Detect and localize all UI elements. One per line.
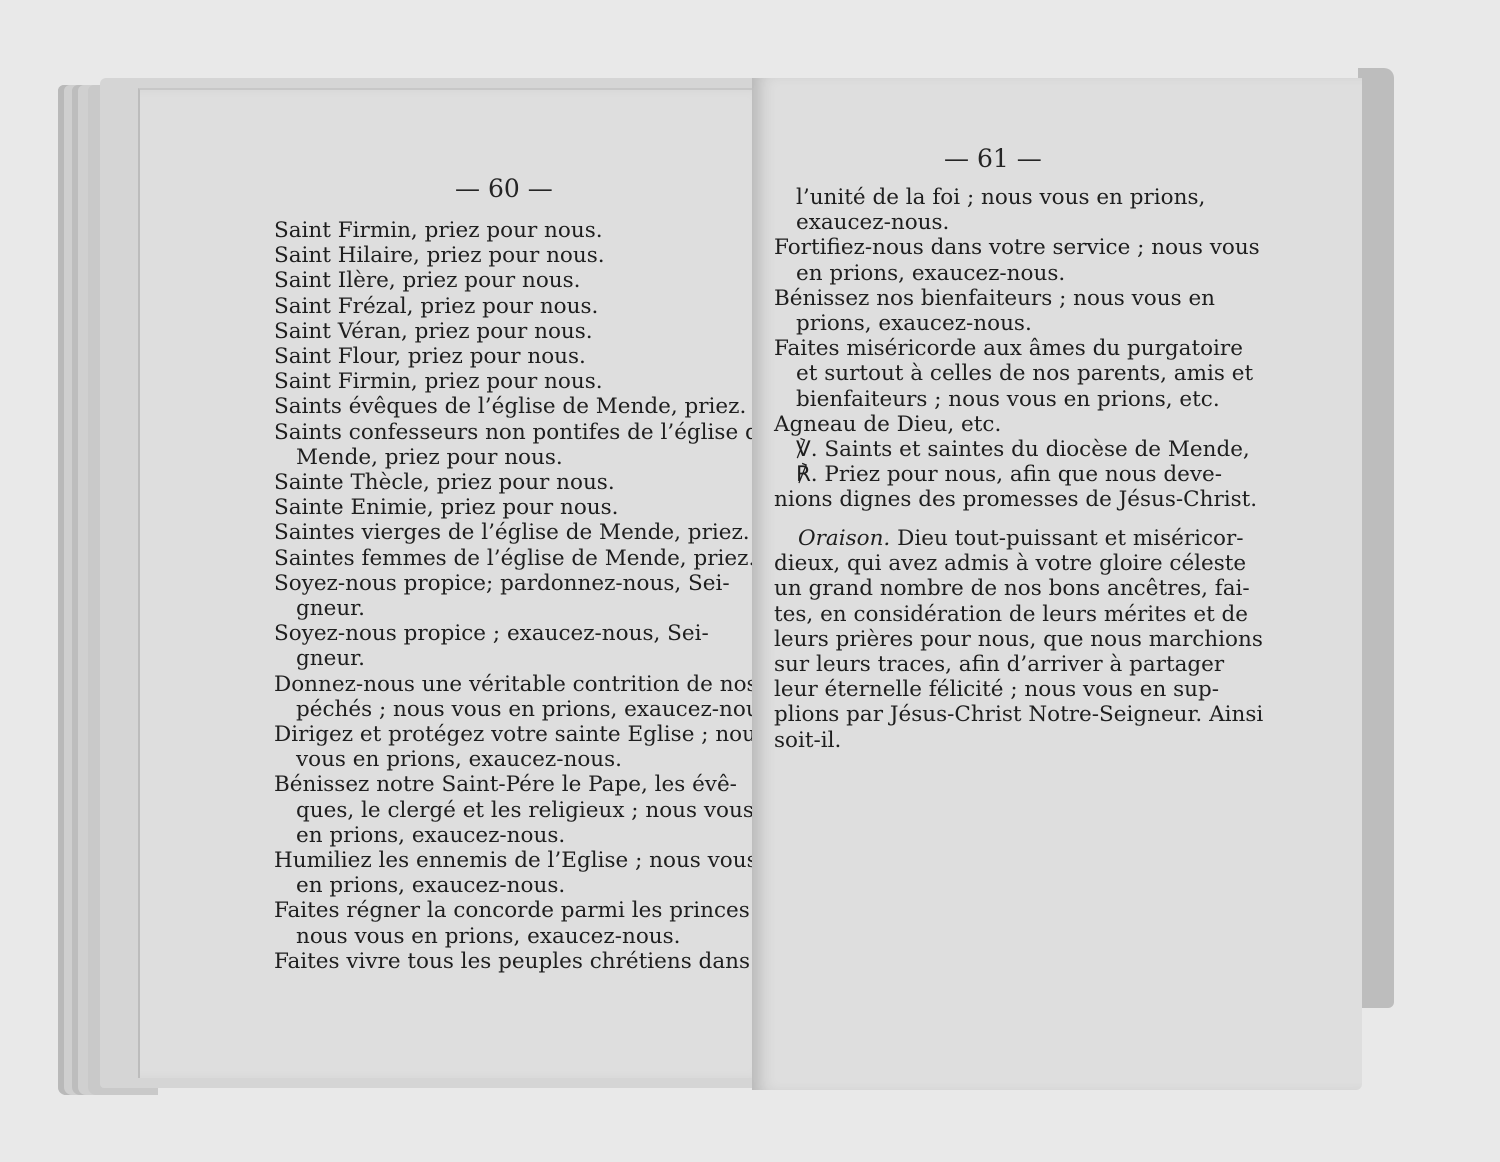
left-page: — 60 — Saint Firmin, priez pour nous.Sai…: [138, 88, 778, 1078]
text-line: dieux, qui avez admis à votre gloire cél…: [774, 551, 1244, 576]
text-line: exaucez-nous.: [774, 210, 1244, 235]
text-line: en prions, exaucez-nous.: [774, 261, 1244, 286]
text-line: Bénissez nos bienfaiteurs ; nous vous en: [774, 286, 1244, 311]
text-line: leurs prières pour nous, que nous marchi…: [774, 627, 1244, 652]
text-line: l’unité de la foi ; nous vous en prions,: [774, 185, 1244, 210]
page-number-right: — 61 —: [944, 144, 1042, 173]
text-line: nions dignes des promesses de Jésus-Chri…: [774, 487, 1244, 512]
text-line: Agneau de Dieu, etc.: [774, 412, 1244, 437]
text-line: soit-il.: [774, 728, 1244, 753]
book-right-edge: [1358, 68, 1394, 1008]
text-line: ℟. Priez pour nous, afin que nous deve-: [774, 462, 1244, 487]
text-line: prions, exaucez-nous.: [774, 311, 1244, 336]
page-number-left: — 60 —: [455, 174, 553, 203]
text-line: ℣. Saints et saintes du diocèse de Mende…: [774, 437, 1244, 462]
right-page-prayer: Oraison. Dieu tout-puissant et miséricor…: [774, 526, 1244, 753]
text-line: leur éternelle félicité ; nous vous en s…: [774, 677, 1244, 702]
text-line: sur leurs traces, afin d’arriver à parta…: [774, 652, 1244, 677]
prayer-heading: Oraison.: [798, 526, 890, 551]
right-page: — 61 — l’unité de la foi ; nous vous en …: [752, 78, 1362, 1090]
text-line: Fortifiez-nous dans votre service ; nous…: [774, 235, 1244, 260]
text-line: plions par Jésus-Christ Notre-Seigneur. …: [774, 702, 1244, 727]
text-line: Faites miséricorde aux âmes du purgatoir…: [774, 336, 1244, 361]
prayer-lines: dieux, qui avez admis à votre gloire cél…: [774, 551, 1244, 753]
text-line: un grand nombre de nos bons ancêtres, fa…: [774, 576, 1244, 601]
right-page-litany: l’unité de la foi ; nous vous en prions,…: [774, 185, 1244, 513]
text-line: bienfaiteurs ; nous vous en prions, etc.: [774, 387, 1244, 412]
prayer-first-line: Oraison. Dieu tout-puissant et miséricor…: [774, 526, 1244, 551]
text-line: et surtout à celles de nos parents, amis…: [774, 361, 1244, 386]
text-line: tes, en considération de leurs mérites e…: [774, 602, 1244, 627]
prayer-first-line-text: Dieu tout-puissant et miséricor-: [890, 526, 1243, 551]
